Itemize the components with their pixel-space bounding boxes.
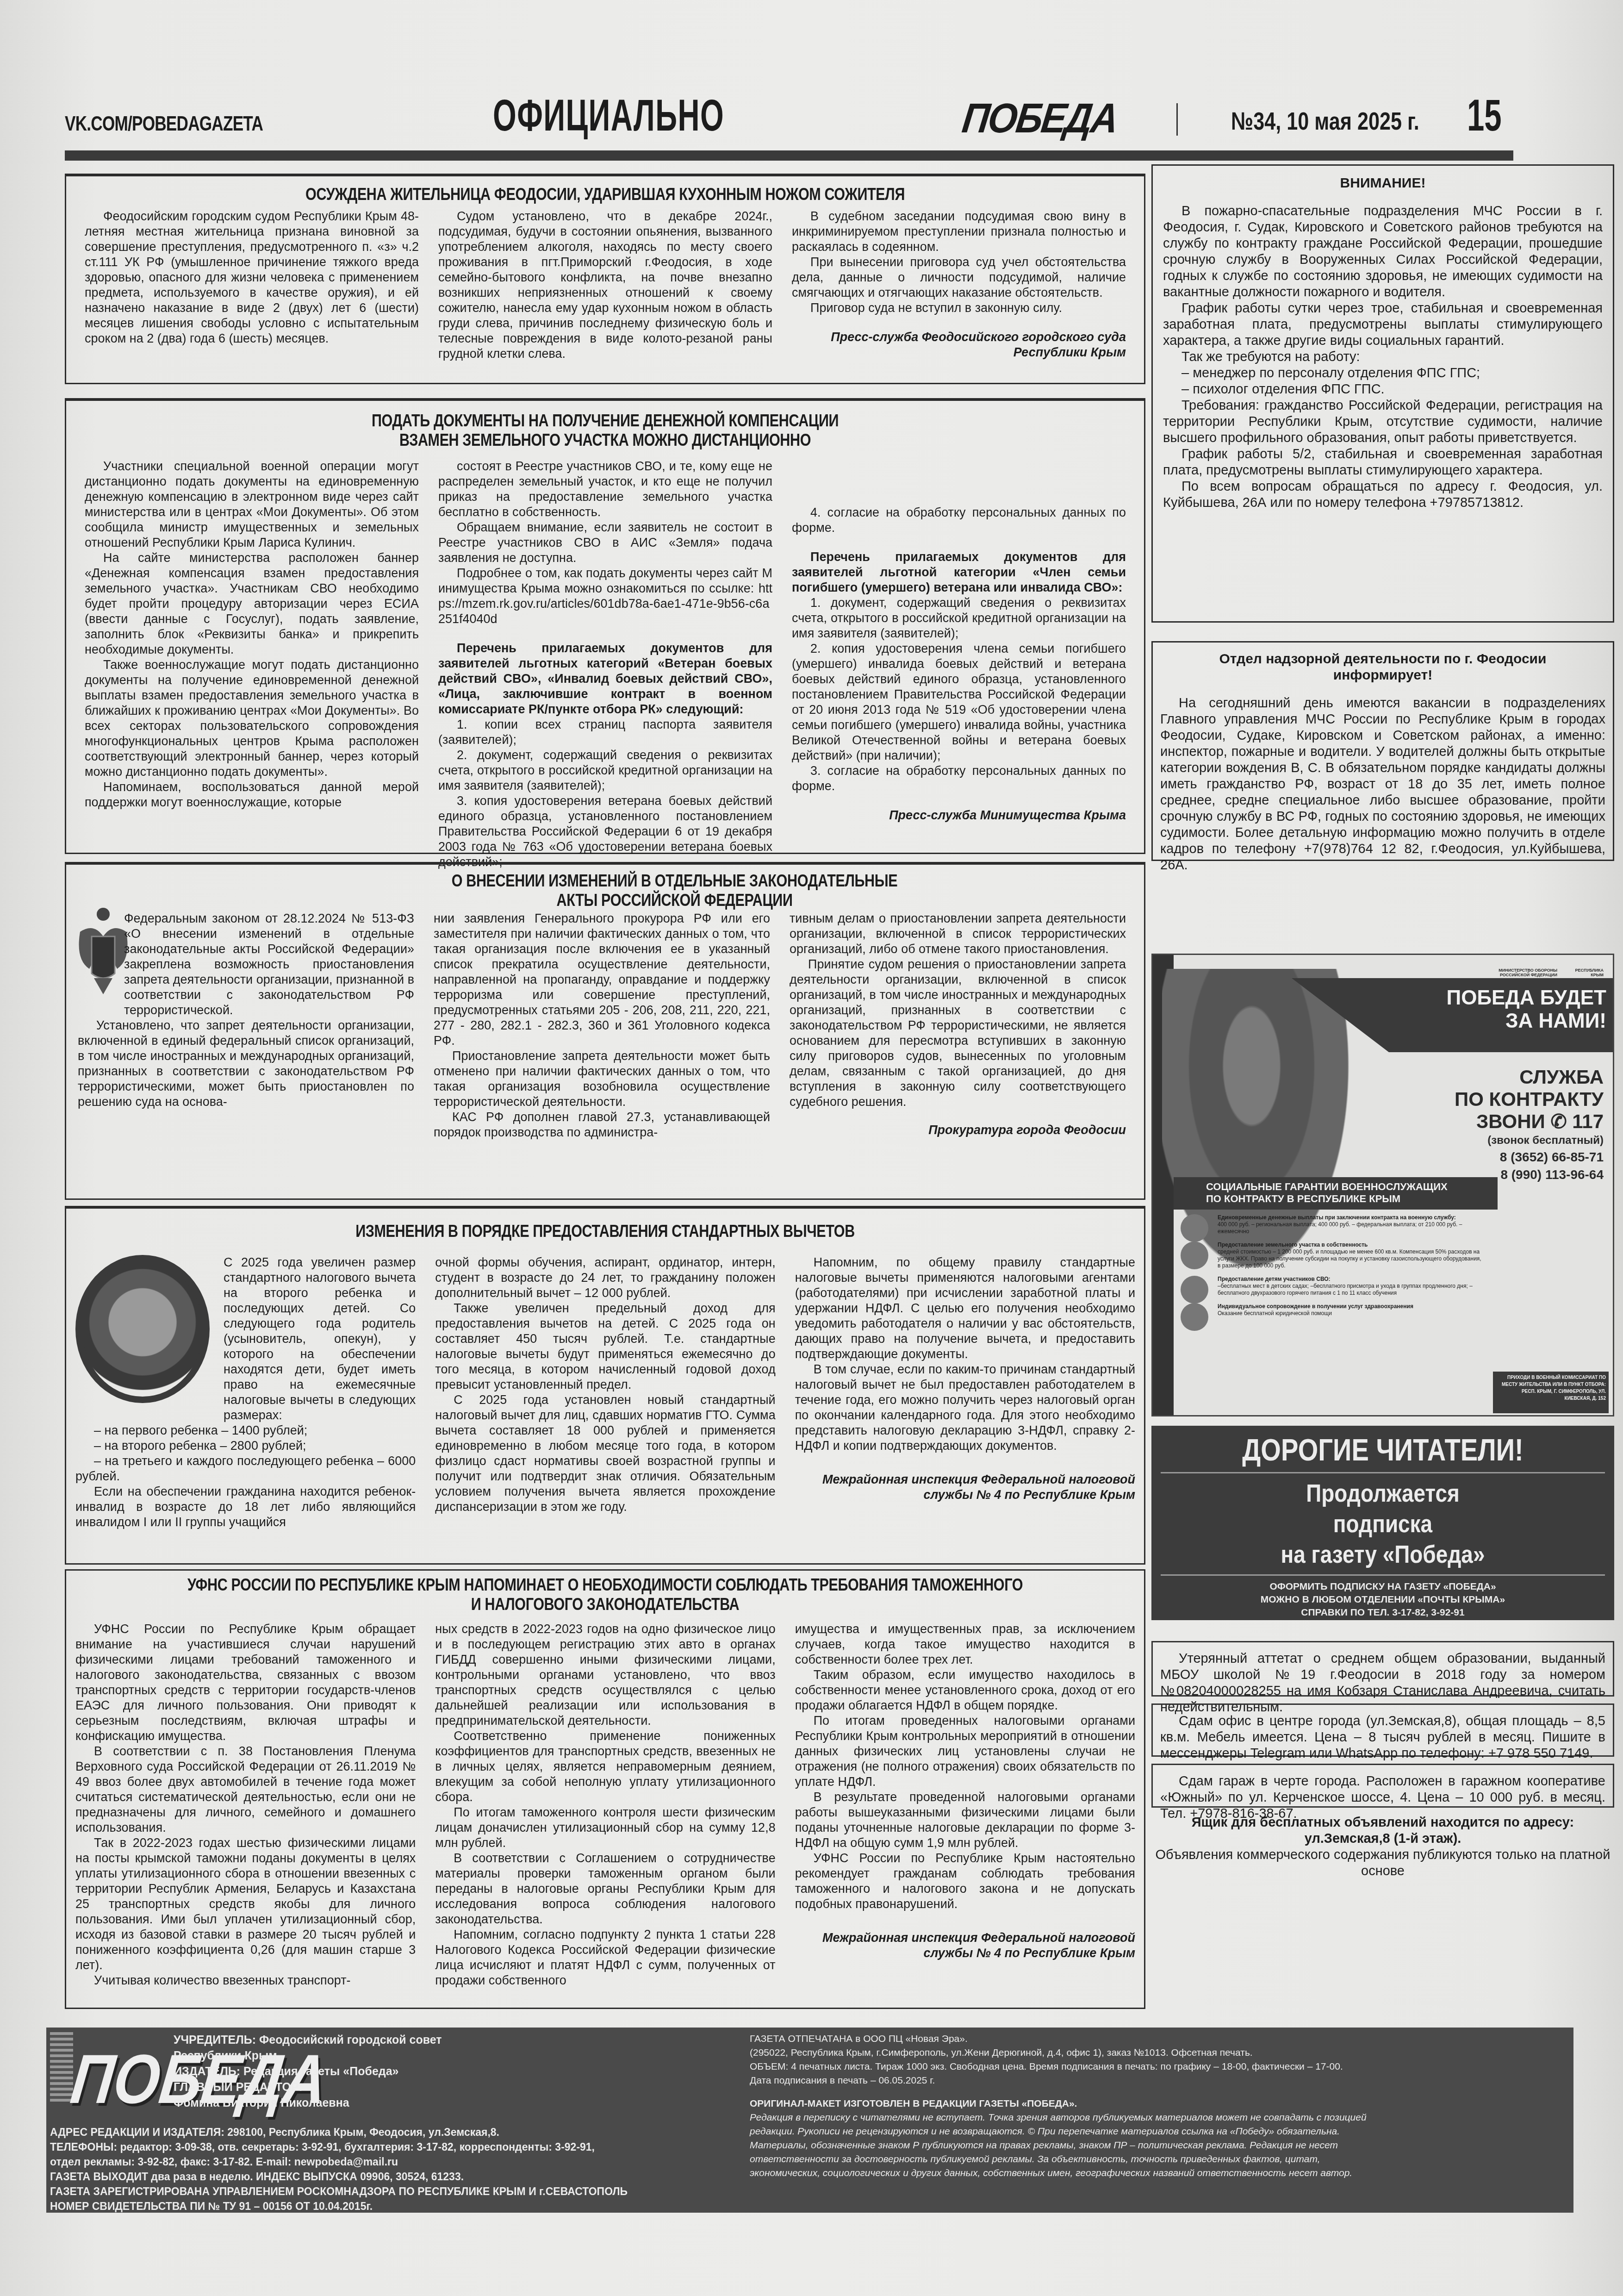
guarantees-list: Единовременные денежные выплаты при закл… xyxy=(1181,1214,1481,1317)
imprint-printing: ГАЗЕТА ОТПЕЧАТАНА в ООО ПЦ «Новая Эра». … xyxy=(750,2032,1388,2180)
signature: Прокуратура города Феодосии xyxy=(790,1123,1126,1138)
classified-ad: Сдам офис в центре города (ул.Земская,8)… xyxy=(1151,1703,1614,1757)
family-icon xyxy=(1181,1242,1208,1269)
notice-attention: ВНИМАНИЕ! В пожарно-спасательные подразд… xyxy=(1151,164,1614,623)
column: Феодосийским городским судом Республики … xyxy=(85,209,419,362)
phone-1[interactable]: 8 (3652) 66-85-71 xyxy=(1455,1148,1604,1166)
money-bag-icon xyxy=(1181,1214,1208,1242)
issue-date: №34, 10 мая 2025 г. xyxy=(1231,107,1419,136)
divider xyxy=(1161,1574,1605,1576)
contract-service-ad: МИНИСТЕРСТВО ОБОРОНЫ РОССИЙСКОЙ ФЕДЕРАЦИ… xyxy=(1151,954,1614,1416)
column: Участники специальной военной операции м… xyxy=(85,459,419,870)
notice-title: Отдел надзорной деятельности по г. Феодо… xyxy=(1160,651,1605,683)
column: 4. согласие на обработку персональных да… xyxy=(792,459,1126,870)
headline: ОСУЖДЕНА ЖИТЕЛЬНИЦА ФЕОДОСИИ, УДАРИВШАЯ … xyxy=(147,185,1063,204)
hotline-number[interactable]: ЗВОНИ ✆ 117 xyxy=(1455,1111,1604,1133)
classified-ad: Сдам гараж в черте города. Расположен в … xyxy=(1151,1764,1614,1808)
school-icon xyxy=(1181,1276,1208,1304)
masthead-rule xyxy=(65,150,1513,161)
email-link[interactable]: отдел рекламы: 3-92-82, факс: 3-17-82. E… xyxy=(50,2154,628,2169)
column: имущества и имущественных прав, за исклю… xyxy=(795,1622,1135,1988)
article-law-amendments: О ВНЕСЕНИИ ИЗМЕНЕНИЙ В ОТДЕЛЬНЫЕ ЗАКОНОД… xyxy=(65,862,1145,1200)
notice-title: ВНИМАНИЕ! xyxy=(1163,175,1603,191)
section-title: ОФИЦИАЛЬНО xyxy=(493,90,724,141)
notice-supervision: Отдел надзорной деятельности по г. Феодо… xyxy=(1151,641,1614,861)
guarantee-item: Предоставление земельного участка в собс… xyxy=(1181,1242,1481,1269)
guarantee-item: Предоставление детям участников СВО:–бес… xyxy=(1181,1276,1481,1297)
free-ads-note: Ящик для бесплатных объявлений находится… xyxy=(1151,1815,1614,1879)
guarantee-item: Индивидуальное сопровождение в получении… xyxy=(1181,1303,1481,1317)
newspaper-logo: ПОБЕДА xyxy=(959,95,1119,143)
signature: Пресс-служба Минимущества Крыма xyxy=(792,808,1126,823)
divider xyxy=(1161,1472,1605,1473)
column: С 2025 года увеличен размер стандартного… xyxy=(75,1255,416,1530)
column: ных средств в 2022-2023 годов на одно фи… xyxy=(435,1622,775,1988)
subscription-ad: ДОРОГИЕ ЧИТАТЕЛИ! Продолжается подписка … xyxy=(1151,1426,1614,1620)
column: УФНС России по Республике Крым обращает … xyxy=(75,1622,416,1988)
imprint-editorial: УЧРЕДИТЕЛЬ: Феодосийский городской совет… xyxy=(174,2032,451,2111)
subscription-phones: СПРАВКИ ПО ТЕЛ. 3-17-82, 3-92-91 xyxy=(1151,1606,1614,1619)
divider xyxy=(1176,103,1178,136)
article-customs: УФНС РОССИИ ПО РЕСПУБЛИКЕ КРЫМ НАПОМИНАЕ… xyxy=(65,1569,1145,2009)
article-land-compensation: ПОДАТЬ ДОКУМЕНТЫ НА ПОЛУЧЕНИЕ ДЕНЕЖНОЙ К… xyxy=(65,398,1145,854)
column: состоят в Реестре участников СВО, и те, … xyxy=(438,459,772,870)
signature: Пресс-служба Феодосийского городского су… xyxy=(792,330,1126,360)
column: нии заявления Генерального прокурора РФ … xyxy=(434,911,770,1140)
headline: ИЗМЕНЕНИЯ В ПОРЯДКЕ ПРЕДОСТАВЛЕНИЯ СТАНД… xyxy=(147,1222,1063,1241)
column: Федеральным законом от 28.12.2024 № 513-… xyxy=(78,911,414,1140)
article-court: ОСУЖДЕНА ЖИТЕЛЬНИЦА ФЕОДОСИИ, УДАРИВШАЯ … xyxy=(65,174,1145,384)
column: Напомним, по общему правилу стандартные … xyxy=(795,1255,1135,1530)
signature: Межрайонная инспекция Федеральной налого… xyxy=(795,1930,1135,1961)
imprint-footer: ПОБЕДА УЧРЕДИТЕЛЬ: Феодосийский городско… xyxy=(46,2028,1573,2213)
visit-box: ПРИХОДИ В ВОЕННЫЙ КОМИССАРИАТ ПО МЕСТУ Ж… xyxy=(1493,1372,1609,1413)
headline: УФНС РОССИИ ПО РЕСПУБЛИКЕ КРЫМ НАПОМИНАЕ… xyxy=(147,1575,1063,1614)
guarantee-item: Единовременные денежные выплаты при закл… xyxy=(1181,1214,1481,1235)
column: В судебном заседании подсудимая свою вин… xyxy=(792,209,1126,362)
page-number: 15 xyxy=(1467,90,1502,141)
article-tax-deductions: ИЗМЕНЕНИЯ В ПОРЯДКЕ ПРЕДОСТАВЛЕНИЯ СТАНД… xyxy=(65,1206,1145,1565)
column: Судом установлено, что в декабре 2024г.,… xyxy=(438,209,772,362)
crimea-logo: РЕСПУБЛИКА КРЫМ xyxy=(1567,968,1604,977)
column: тивным делам о приостановлении запрета д… xyxy=(790,911,1126,1140)
column: очной формы обучения, аспирант, ординато… xyxy=(435,1255,775,1530)
mzem-link[interactable]: Подробнее о том, как подать документы че… xyxy=(438,566,772,627)
vk-link[interactable]: VK.COM/POBEDAGAZETA xyxy=(65,112,263,136)
ministry-logo: МИНИСТЕРСТВО ОБОРОНЫ РОССИЙСКОЙ ФЕДЕРАЦИ… xyxy=(1483,968,1557,977)
handshake-icon xyxy=(1181,1303,1208,1331)
crest-icon xyxy=(50,2032,73,2102)
headline: О ВНЕСЕНИИ ИЗМЕНЕНИЙ В ОТДЕЛЬНЫЕ ЗАКОНОД… xyxy=(275,871,1074,910)
imprint-contacts: АДРЕС РЕДАКЦИИ И ИЗДАТЕЛЯ: 298100, Респу… xyxy=(50,2125,628,2214)
classified-ad: Утерянный аттетат о среднем общем образо… xyxy=(1151,1641,1614,1697)
guarantees-band: СОЦИАЛЬНЫЕ ГАРАНТИИ ВОЕННОСЛУЖАЩИХ ПО КО… xyxy=(1174,1177,1498,1210)
signature: Межрайонная инспекция Федеральной налого… xyxy=(795,1472,1135,1503)
headline: ПОДАТЬ ДОКУМЕНТЫ НА ПОЛУЧЕНИЕ ДЕНЕЖНОЙ К… xyxy=(147,411,1063,450)
masthead: VK.COM/POBEDAGAZETA ОФИЦИАЛЬНО ПОБЕДА №3… xyxy=(65,90,1513,141)
newspaper-page: VK.COM/POBEDAGAZETA ОФИЦИАЛЬНО ПОБЕДА №3… xyxy=(0,0,1623,2296)
